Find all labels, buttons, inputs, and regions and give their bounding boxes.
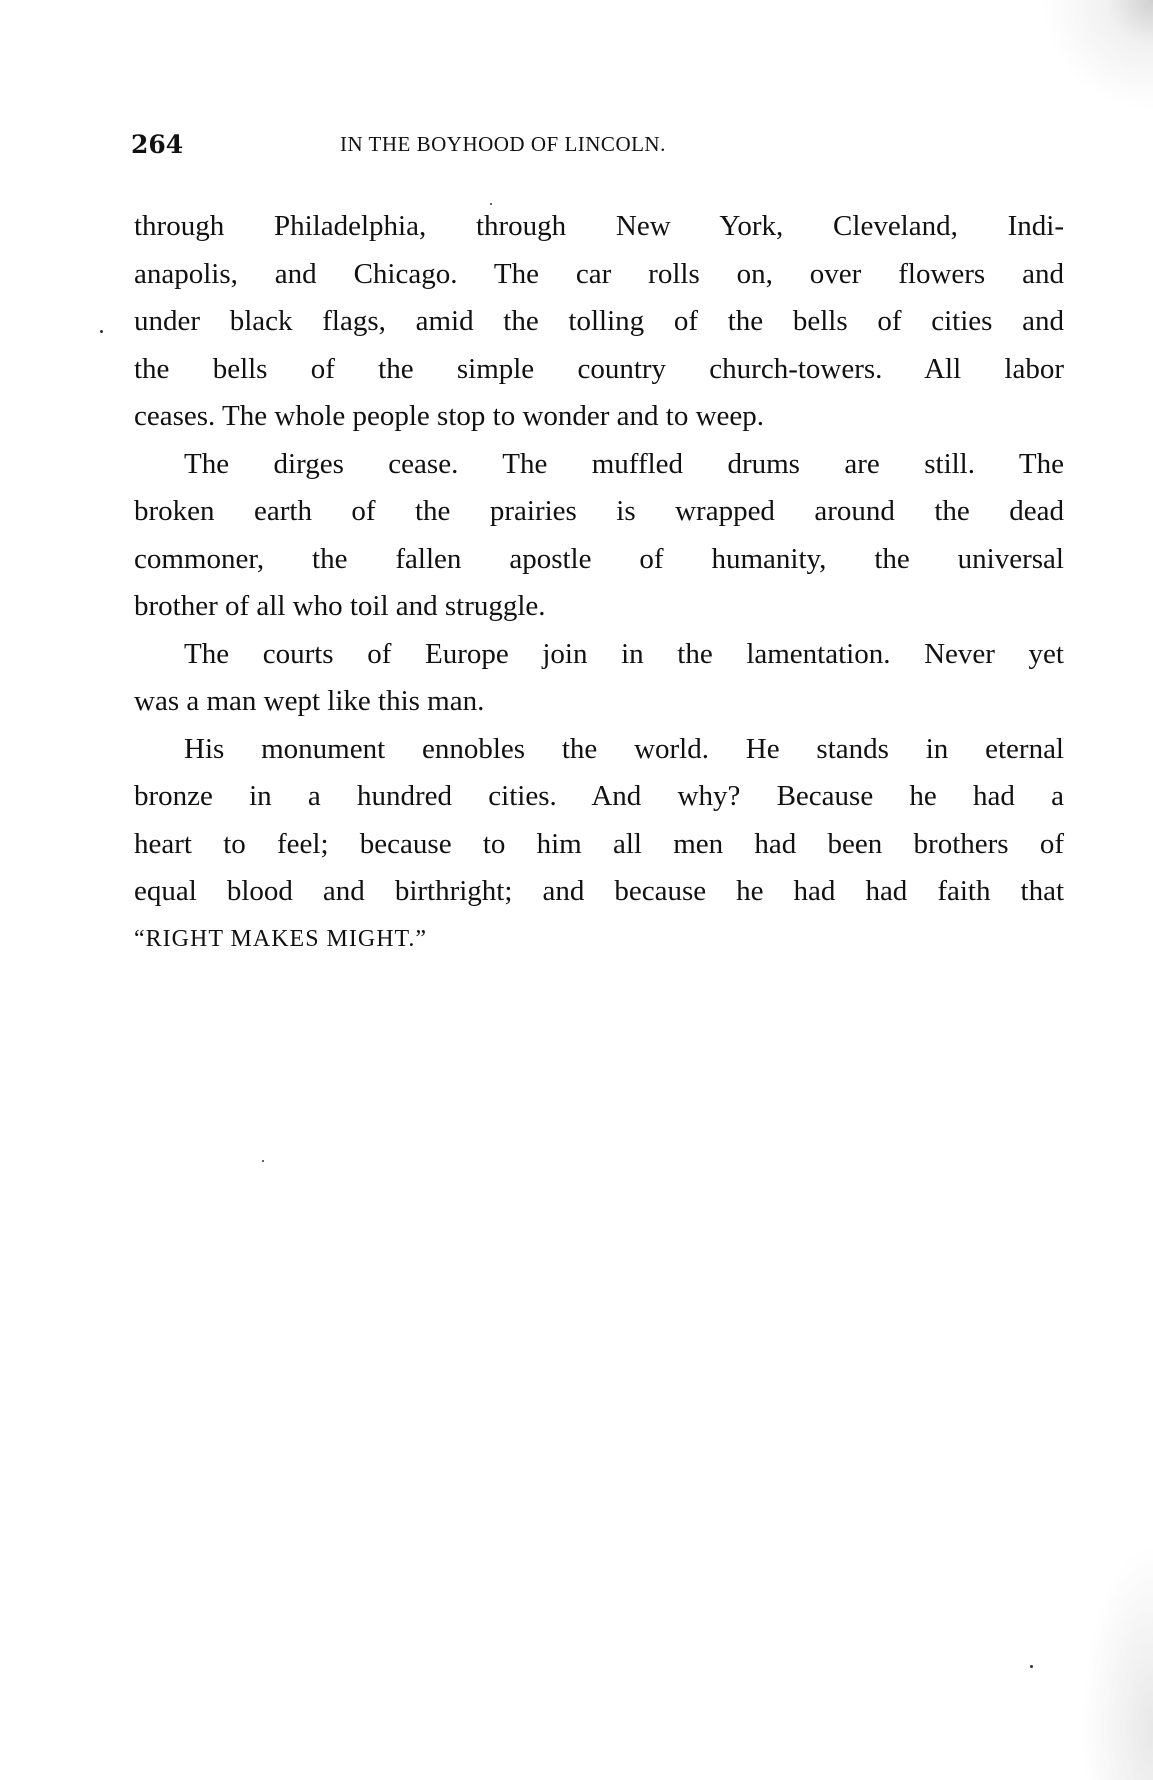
book-page: 264 IN THE BOYHOOD OF LINCOLN. through P… (0, 0, 1153, 1780)
text-line: was a man wept like this man. (134, 678, 1064, 726)
running-head: 264 IN THE BOYHOOD OF LINCOLN. (131, 130, 891, 170)
paragraph-2: The dirges cease. The muffled drums are … (134, 441, 1064, 631)
text-line: commoner, the fallen apostle of humanity… (134, 536, 1064, 584)
text-line: anapolis, and Chicago. The car rolls on,… (134, 251, 1064, 299)
paragraph-1: through Philadelphia, through New York, … (134, 203, 1064, 441)
text-line: heart to feel; because to him all men ha… (134, 821, 1064, 869)
scan-speck (490, 203, 492, 205)
scan-edge-noise (1073, 1520, 1153, 1780)
running-title: IN THE BOYHOOD OF LINCOLN. (340, 132, 666, 157)
paragraph-4: His monument ennobles the world. He stan… (134, 726, 1064, 964)
text-line: through Philadelphia, through New York, … (134, 203, 1064, 251)
scan-speck (100, 330, 103, 333)
text-line: under black flags, amid the tolling of t… (134, 298, 1064, 346)
text-line: His monument ennobles the world. He stan… (134, 726, 1064, 774)
text-line: equal blood and birthright; and because … (134, 868, 1064, 916)
body-text: through Philadelphia, through New York, … (134, 203, 1064, 963)
text-line: ceases. The whole people stop to wonder … (134, 393, 1064, 441)
page-number: 264 (131, 130, 183, 159)
scan-corner-noise (1013, 0, 1153, 110)
scan-speck (262, 1160, 264, 1162)
text-line: broken earth of the prairies is wrapped … (134, 488, 1064, 536)
text-line: the bells of the simple country church-t… (134, 346, 1064, 394)
text-line: The dirges cease. The muffled drums are … (134, 441, 1064, 489)
paragraph-3: The courts of Europe join in the lamenta… (134, 631, 1064, 726)
closing-quote-line: “RIGHT MAKES MIGHT.” (134, 916, 1064, 964)
scan-speck (1030, 1665, 1033, 1668)
text-line: brother of all who toil and struggle. (134, 583, 1064, 631)
text-line: bronze in a hundred cities. And why? Bec… (134, 773, 1064, 821)
text-line: The courts of Europe join in the lamenta… (134, 631, 1064, 679)
